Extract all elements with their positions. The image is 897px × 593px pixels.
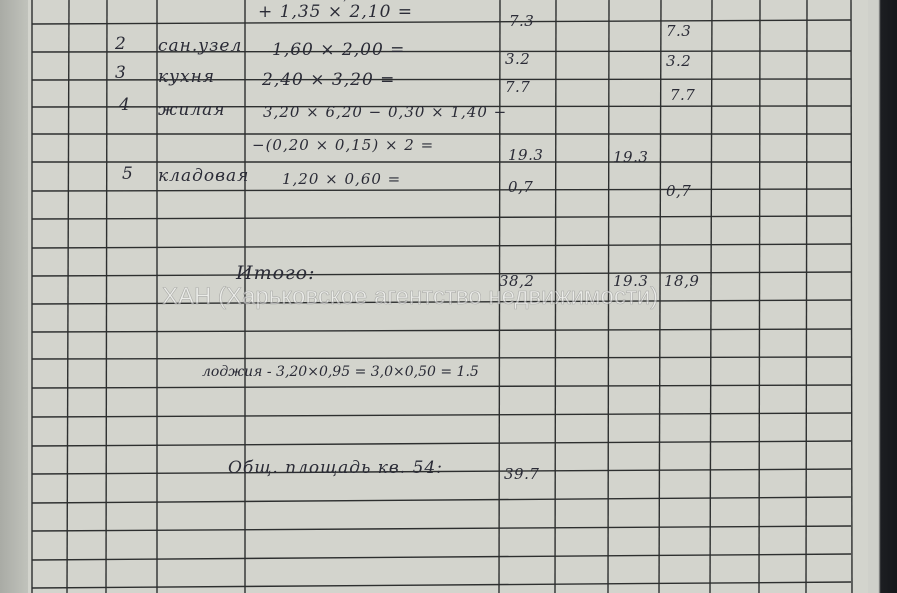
loggia-calculation: лоджия - 3,20×0,95 = 3,0×0,50 = 1.5	[202, 364, 479, 380]
row-6-room: кладовая	[158, 166, 249, 186]
row-1-formula: + 1,35 × 2,10 =	[258, 2, 413, 22]
row-1-auxiliary: 7.3	[666, 22, 691, 40]
row-3-auxiliary: 7.7	[670, 86, 695, 104]
row-6-total: 0,7	[508, 178, 533, 196]
row-6-formula: 1,20 × 0,60 =	[282, 170, 401, 188]
watermark: ХАН (Харьковское агентство недвижимости)	[162, 283, 658, 311]
row-3-number: 3	[115, 63, 127, 83]
summary-label: Итого:	[236, 262, 315, 284]
row-6-number: 5	[122, 164, 134, 184]
row-4-formula: 3,20 × 6,20 − 0,30 × 1,40 −	[263, 103, 507, 121]
row-2-room: сан.узел	[158, 36, 242, 56]
row-2-number: 2	[115, 34, 127, 54]
row-2-total: 3.2	[505, 50, 530, 68]
row-4-number: 4	[119, 95, 131, 115]
row-1-formula-note: 2,8	[336, 0, 355, 3]
row-4-room: жилая	[158, 100, 226, 120]
row-2-formula: 1,60 × 2,00 =	[272, 40, 405, 60]
overall-area-label: Общ. площадь кв. 54:	[228, 458, 443, 478]
row-5-living: 19.3	[613, 148, 648, 166]
row-2-auxiliary: 3.2	[666, 52, 691, 70]
row-6-auxiliary: 0,7	[666, 182, 691, 200]
row-5-total: 19.3	[508, 146, 543, 164]
row-3-formula: 2,40 × 3,20 =	[262, 70, 395, 90]
summary-auxiliary: 18,9	[664, 272, 699, 290]
row-3-room: кухня	[158, 67, 215, 87]
row-3-total: 7.7	[505, 78, 530, 96]
row-5-formula: −(0,20 × 0,15) × 2 =	[252, 136, 434, 154]
overall-area-value: 39.7	[504, 465, 539, 483]
row-1-total: 7.3	[509, 12, 534, 30]
